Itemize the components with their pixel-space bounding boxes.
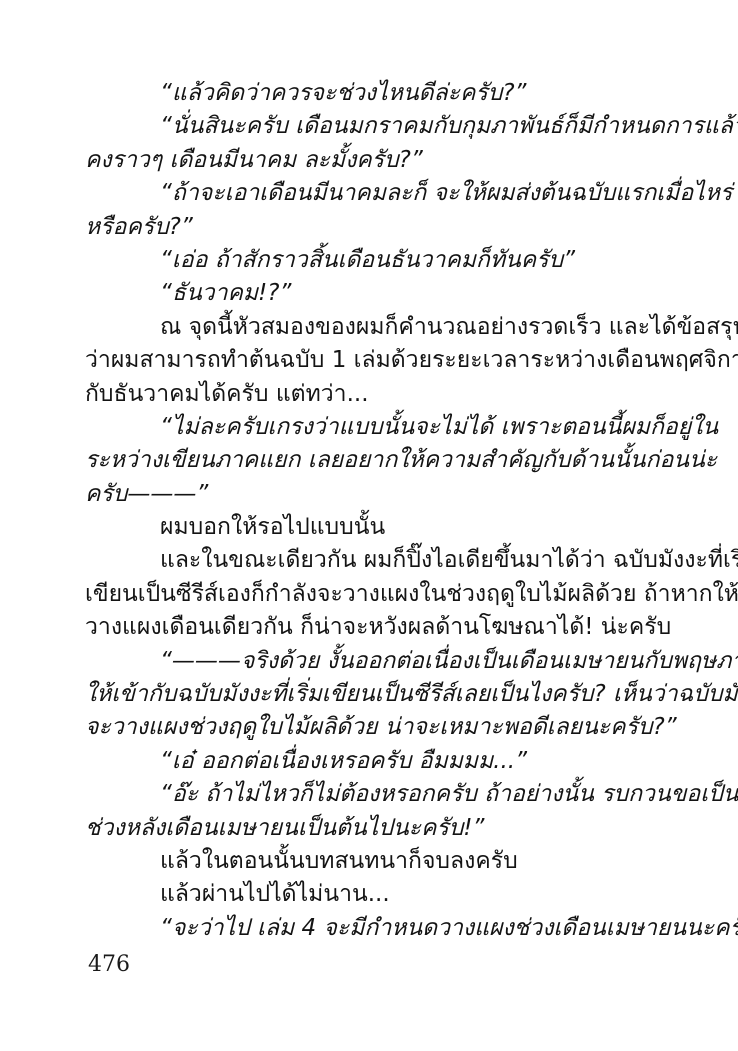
text-line: ให้เข้ากับฉบับมังงะที่เริ่มเขียนเป็นซีรี… bbox=[85, 678, 660, 711]
text-line: และในขณะเดียวกัน ผมก็ปิ๊งไอเดียขึ้นมาได้… bbox=[85, 544, 660, 577]
text-line: แล้วผ่านไปได้ไม่นาน... bbox=[85, 878, 660, 911]
text-line: หรือครับ?” bbox=[85, 211, 660, 244]
text-line: แล้วในตอนนั้นบทสนทนาก็จบลงครับ bbox=[85, 845, 660, 878]
book-page: “แล้วคิดว่าควรจะช่วงไหนดีล่ะครับ?”“นั่นส… bbox=[0, 0, 738, 1051]
text-line: กับธันวาคมได้ครับ แต่ทว่า... bbox=[85, 378, 660, 411]
text-line: ว่าผมสามารถทำต้นฉบับ 1 เล่มด้วยระยะเวลาร… bbox=[85, 344, 660, 377]
text-line: ครับ———” bbox=[85, 478, 660, 511]
text-line: จะวางแผงช่วงฤดูใบไม้ผลิด้วย น่าจะเหมาะพอ… bbox=[85, 711, 660, 744]
text-line: “แล้วคิดว่าควรจะช่วงไหนดีล่ะครับ?” bbox=[85, 77, 660, 110]
text-line: “เอ่อ ถ้าสักราวสิ้นเดือนธันวาคมก็ทันครับ… bbox=[85, 244, 660, 277]
text-block: “แล้วคิดว่าควรจะช่วงไหนดีล่ะครับ?”“นั่นส… bbox=[85, 77, 660, 945]
text-line: เขียนเป็นซีรีส์เองก็กำลังจะวางแผงในช่วงฤ… bbox=[85, 578, 660, 611]
text-line: “———จริงด้วย งั้นออกต่อเนื่องเป็นเดือนเม… bbox=[85, 645, 660, 678]
text-line: “จะว่าไป เล่ม 4 จะมีกำหนดวางแผงช่วงเดือน… bbox=[85, 912, 660, 945]
text-line: ระหว่างเขียนภาคแยก เลยอยากให้ความสำคัญกั… bbox=[85, 444, 660, 477]
text-line: “อ๊ะ ถ้าไม่ไหวก็ไม่ต้องหรอกครับ ถ้าอย่าง… bbox=[85, 778, 660, 811]
text-line: “ธันวาคม!?” bbox=[85, 277, 660, 310]
text-line: “นั่นสินะครับ เดือนมกราคมกับกุมภาพันธ์ก็… bbox=[85, 110, 660, 143]
text-line: ณ จุดนี้หัวสมองของผมก็คำนวณอย่างรวดเร็ว … bbox=[85, 311, 660, 344]
text-line: ช่วงหลังเดือนเมษายนเป็นต้นไปนะครับ!” bbox=[85, 812, 660, 845]
text-line: “ถ้าจะเอาเดือนมีนาคมละก็ จะให้ผมส่งต้นฉบ… bbox=[85, 177, 660, 210]
text-line: วางแผงเดือนเดียวกัน ก็น่าจะหวังผลด้านโฆษ… bbox=[85, 611, 660, 644]
text-line: คงราวๆ เดือนมีนาคม ละมั้งครับ?” bbox=[85, 144, 660, 177]
text-line: “เอ๋ ออกต่อเนื่องเหรอครับ อืมมมม...” bbox=[85, 745, 660, 778]
text-line: ผมบอกให้รอไปแบบนั้น bbox=[85, 511, 660, 544]
text-line: “ไม่ละครับเกรงว่าแบบนั้นจะไม่ได้ เพราะตอ… bbox=[85, 411, 660, 444]
page-number: 476 bbox=[88, 952, 130, 977]
